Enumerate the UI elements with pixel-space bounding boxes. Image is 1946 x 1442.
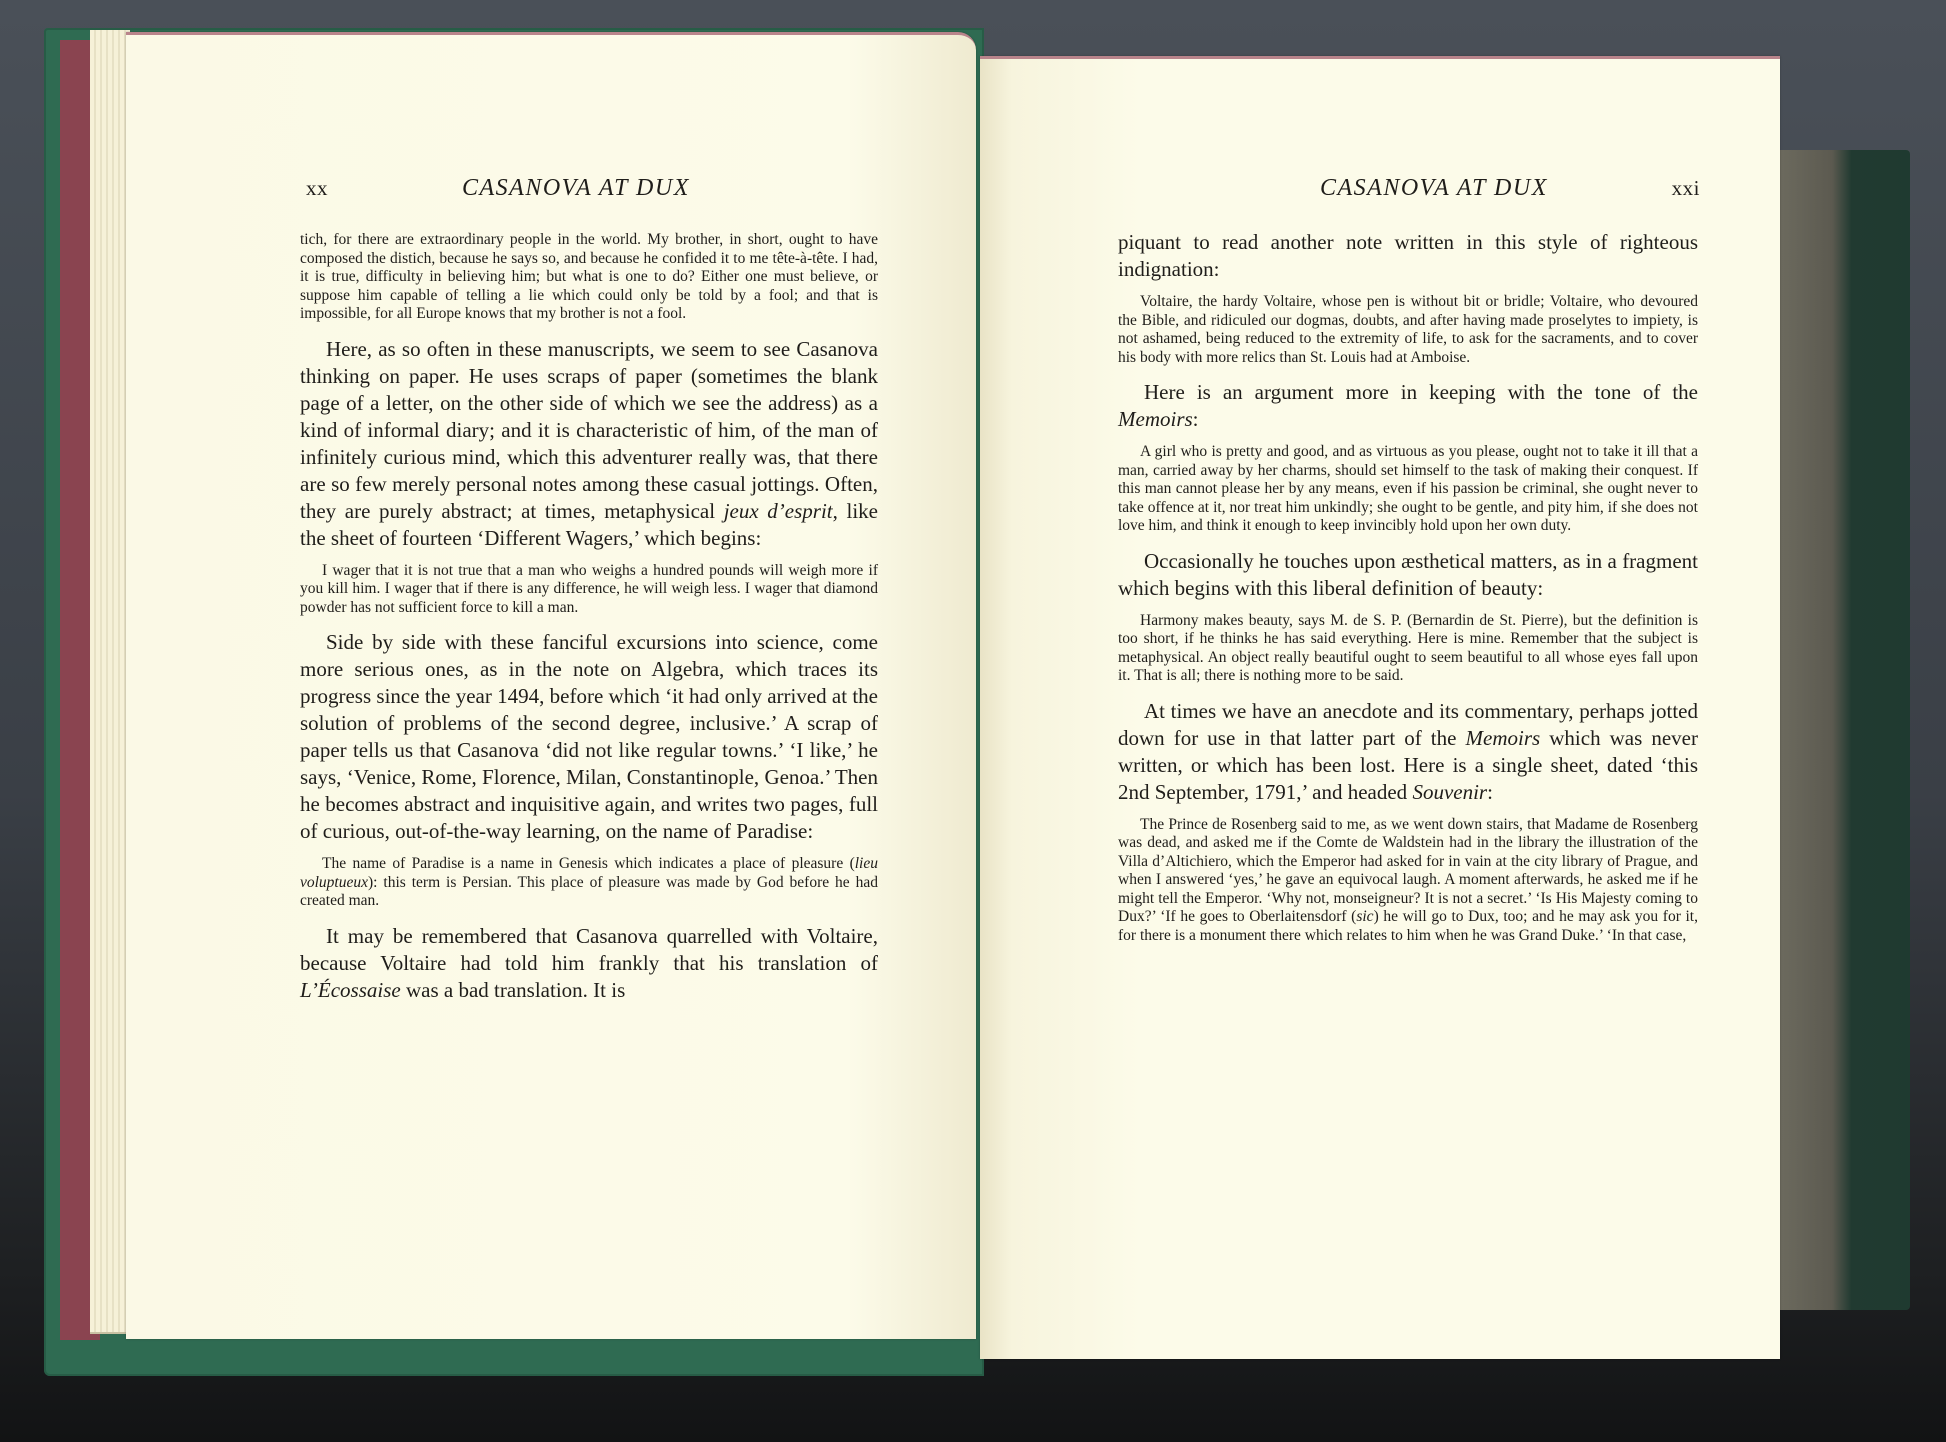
page-edges-stack xyxy=(90,30,130,1334)
extract-voltaire: Voltaire, the hardy Voltaire, whose pen … xyxy=(1118,293,1698,367)
right-page: CASANOVA AT DUX xxi piquant to read anot… xyxy=(980,56,1780,1359)
left-title-head: CASANOVA AT DUX xyxy=(462,175,690,202)
paragraph-algebra: Side by side with these fanciful excursi… xyxy=(300,629,878,845)
left-running-head: xx CASANOVA AT DUX xyxy=(306,175,826,215)
left-text-body: tich, for there are extraordinary people… xyxy=(300,231,878,1014)
paragraph-aesthetics: Occasionally he touches upon æsthetical … xyxy=(1118,548,1698,602)
paragraph-piquant: piquant to read another note written in … xyxy=(1118,229,1698,283)
paragraph-anecdote: At times we have an anecdote and its com… xyxy=(1118,698,1698,806)
extract-rosenberg: The Prince de Rosenberg said to me, as w… xyxy=(1118,816,1698,946)
paragraph-voltaire-quarrel: It may be remembered that Casanova quarr… xyxy=(300,923,878,1004)
book-cover-right-edge xyxy=(1780,150,1910,1310)
left-page: xx CASANOVA AT DUX tich, for there are e… xyxy=(126,32,976,1339)
right-running-head: CASANOVA AT DUX xxi xyxy=(1140,175,1700,215)
extract-girl-argument: A girl who is pretty and good, and as vi… xyxy=(1118,443,1698,536)
extract-wagers: I wager that it is not true that a man w… xyxy=(300,562,878,618)
extract-harmony-beauty: Harmony makes beauty, says M. de S. P. (… xyxy=(1118,612,1698,686)
right-folio: xxi xyxy=(1672,176,1700,201)
paragraph-memoirs-tone: Here is an argument more in keeping with… xyxy=(1118,379,1698,433)
right-title-head: CASANOVA AT DUX xyxy=(1320,175,1548,202)
extract-paradise: The name of Paradise is a name in Genesi… xyxy=(300,855,878,911)
extract-distich: tich, for there are extraordinary people… xyxy=(300,231,878,324)
left-folio: xx xyxy=(306,176,328,201)
right-text-body: piquant to read another note written in … xyxy=(1118,229,1698,957)
paragraph-thinking-on-paper: Here, as so often in these manuscripts, … xyxy=(300,336,878,552)
